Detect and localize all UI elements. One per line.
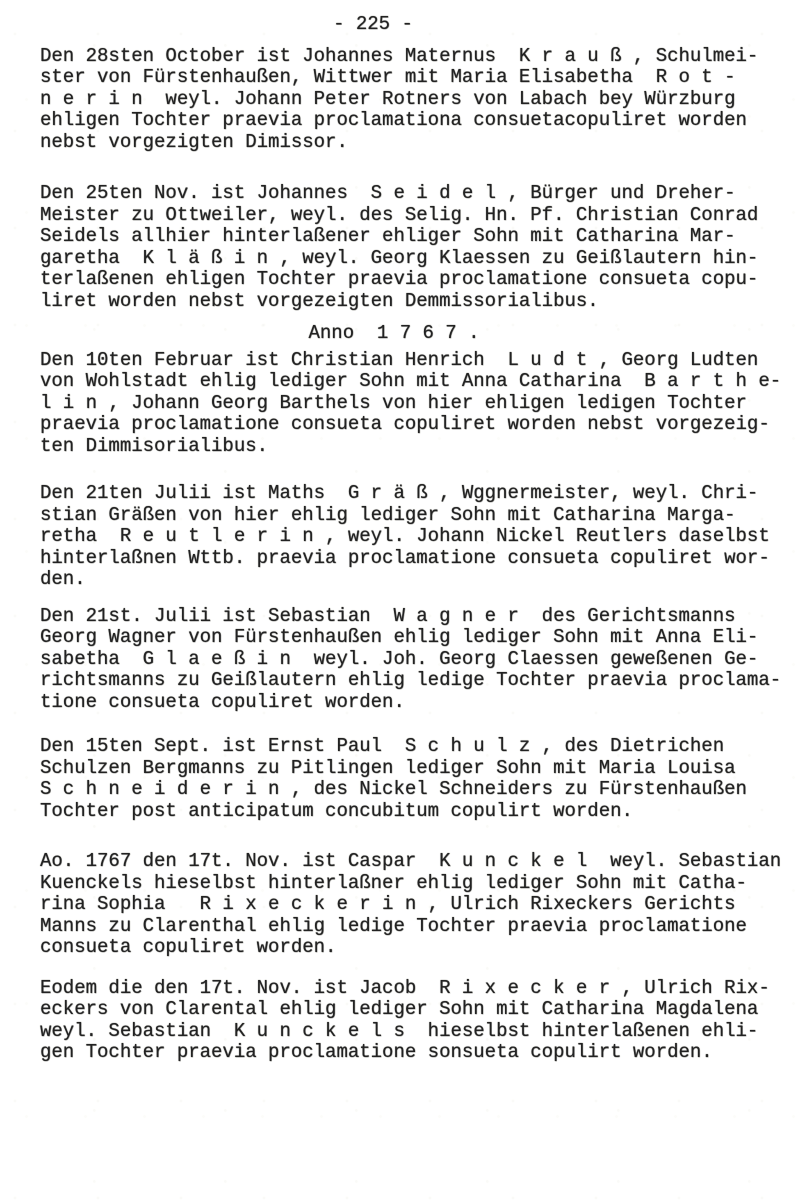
- marriage-record: Den 10ten Februar ist Christian Henrich …: [40, 350, 792, 458]
- record-line: Seidels allhier hinterlaßener ehliger So…: [40, 226, 792, 248]
- record-line: Meister zu Ottweiler, weyl. des Selig. H…: [40, 205, 792, 227]
- marriage-record: Ao. 1767 den 17t. Nov. ist Caspar K u n …: [40, 851, 792, 959]
- record-line: Ao. 1767 den 17t. Nov. ist Caspar K u n …: [40, 851, 792, 873]
- scanned-register-page: - 225 - Den 28sten October ist Johannes …: [0, 0, 800, 1200]
- record-line: consueta copuliret worden.: [40, 937, 792, 959]
- record-line: Den 10ten Februar ist Christian Henrich …: [40, 350, 792, 372]
- record-line: Manns zu Clarenthal ehlig ledige Tochter…: [40, 916, 792, 938]
- marriage-record: Den 28sten October ist Johannes Maternus…: [40, 46, 792, 154]
- record-line: liret worden nebst vorgezeigten Demmisso…: [40, 291, 792, 313]
- record-line: gen Tochter praevia proclamatione sonsue…: [40, 1042, 792, 1064]
- record-line: von Wohlstadt ehlig lediger Sohn mit Ann…: [40, 371, 792, 393]
- record-line: l i n , Johann Georg Barthels von hier e…: [40, 393, 792, 415]
- record-line: tione consueta copuliret worden.: [40, 692, 792, 714]
- record-line: rina Sophia R i x e c k e r i n , Ulrich…: [40, 894, 792, 916]
- record-line: retha R e u t l e r i n , weyl. Johann N…: [40, 526, 792, 548]
- record-line: n e r i n weyl. Johann Peter Rotners von…: [40, 89, 792, 111]
- record-line: stian Gräßen von hier ehlig lediger Sohn…: [40, 505, 792, 527]
- record-line: Georg Wagner von Fürstenhaußen ehlig led…: [40, 627, 792, 649]
- register-entries: Den 28sten October ist Johannes Maternus…: [40, 46, 792, 1064]
- record-line: terlaßenen ehligen Tochter praevia procl…: [40, 269, 792, 291]
- record-line: ten Dimmisorialibus.: [40, 436, 792, 458]
- record-line: Anno 1 7 6 7 .: [18, 323, 770, 345]
- marriage-record: Eodem die den 17t. Nov. ist Jacob R i x …: [40, 978, 792, 1064]
- marriage-record: Den 21ten Julii ist Maths G r ä ß , Wggn…: [40, 483, 792, 591]
- record-line: richtsmanns zu Geißlautern ehlig ledige …: [40, 670, 792, 692]
- record-line: Kuenckels hieselbst hinterlaßner ehlig l…: [40, 873, 792, 895]
- record-line: Den 28sten October ist Johannes Maternus…: [40, 46, 792, 68]
- record-line: Den 15ten Sept. ist Ernst Paul S c h u l…: [40, 736, 792, 758]
- record-line: garetha K l ä ß i n , weyl. Georg Klaess…: [40, 248, 792, 270]
- record-line: weyl. Sebastian K u n c k e l s hieselbs…: [40, 1021, 792, 1043]
- marriage-record: Den 15ten Sept. ist Ernst Paul S c h u l…: [40, 736, 792, 822]
- record-line: sabetha G l a e ß i n weyl. Joh. Georg C…: [40, 649, 792, 671]
- record-line: praevia proclamatione consueta copuliret…: [40, 414, 792, 436]
- record-line: Den 21st. Julii ist Sebastian W a g n e …: [40, 606, 792, 628]
- record-line: hinterlaßnen Wttb. praevia proclamatione…: [40, 548, 792, 570]
- record-line: ster von Fürstenhaußen, Wittwer mit Mari…: [40, 67, 792, 89]
- record-line: eckers von Clarental ehlig lediger Sohn …: [40, 999, 792, 1021]
- record-line: Schulzen Bergmanns zu Pitlingen lediger …: [40, 758, 792, 780]
- record-line: S c h n e i d e r i n , des Nickel Schne…: [40, 779, 792, 801]
- record-line: nebst vorgezigten Dimissor.: [40, 132, 792, 154]
- page-number: - 225 -: [0, 14, 749, 36]
- record-line: Den 21ten Julii ist Maths G r ä ß , Wggn…: [40, 483, 792, 505]
- marriage-record: Den 25ten Nov. ist Johannes S e i d e l …: [40, 183, 792, 312]
- record-line: den.: [40, 569, 792, 591]
- record-line: Tochter post anticipatum concubitum copu…: [40, 801, 792, 823]
- record-line: Den 25ten Nov. ist Johannes S e i d e l …: [40, 183, 792, 205]
- anno-heading: Anno 1 7 6 7 .: [18, 323, 770, 345]
- record-line: Eodem die den 17t. Nov. ist Jacob R i x …: [40, 978, 792, 1000]
- marriage-record: Den 21st. Julii ist Sebastian W a g n e …: [40, 606, 792, 714]
- record-line: ehligen Tochter praevia proclamationa co…: [40, 110, 792, 132]
